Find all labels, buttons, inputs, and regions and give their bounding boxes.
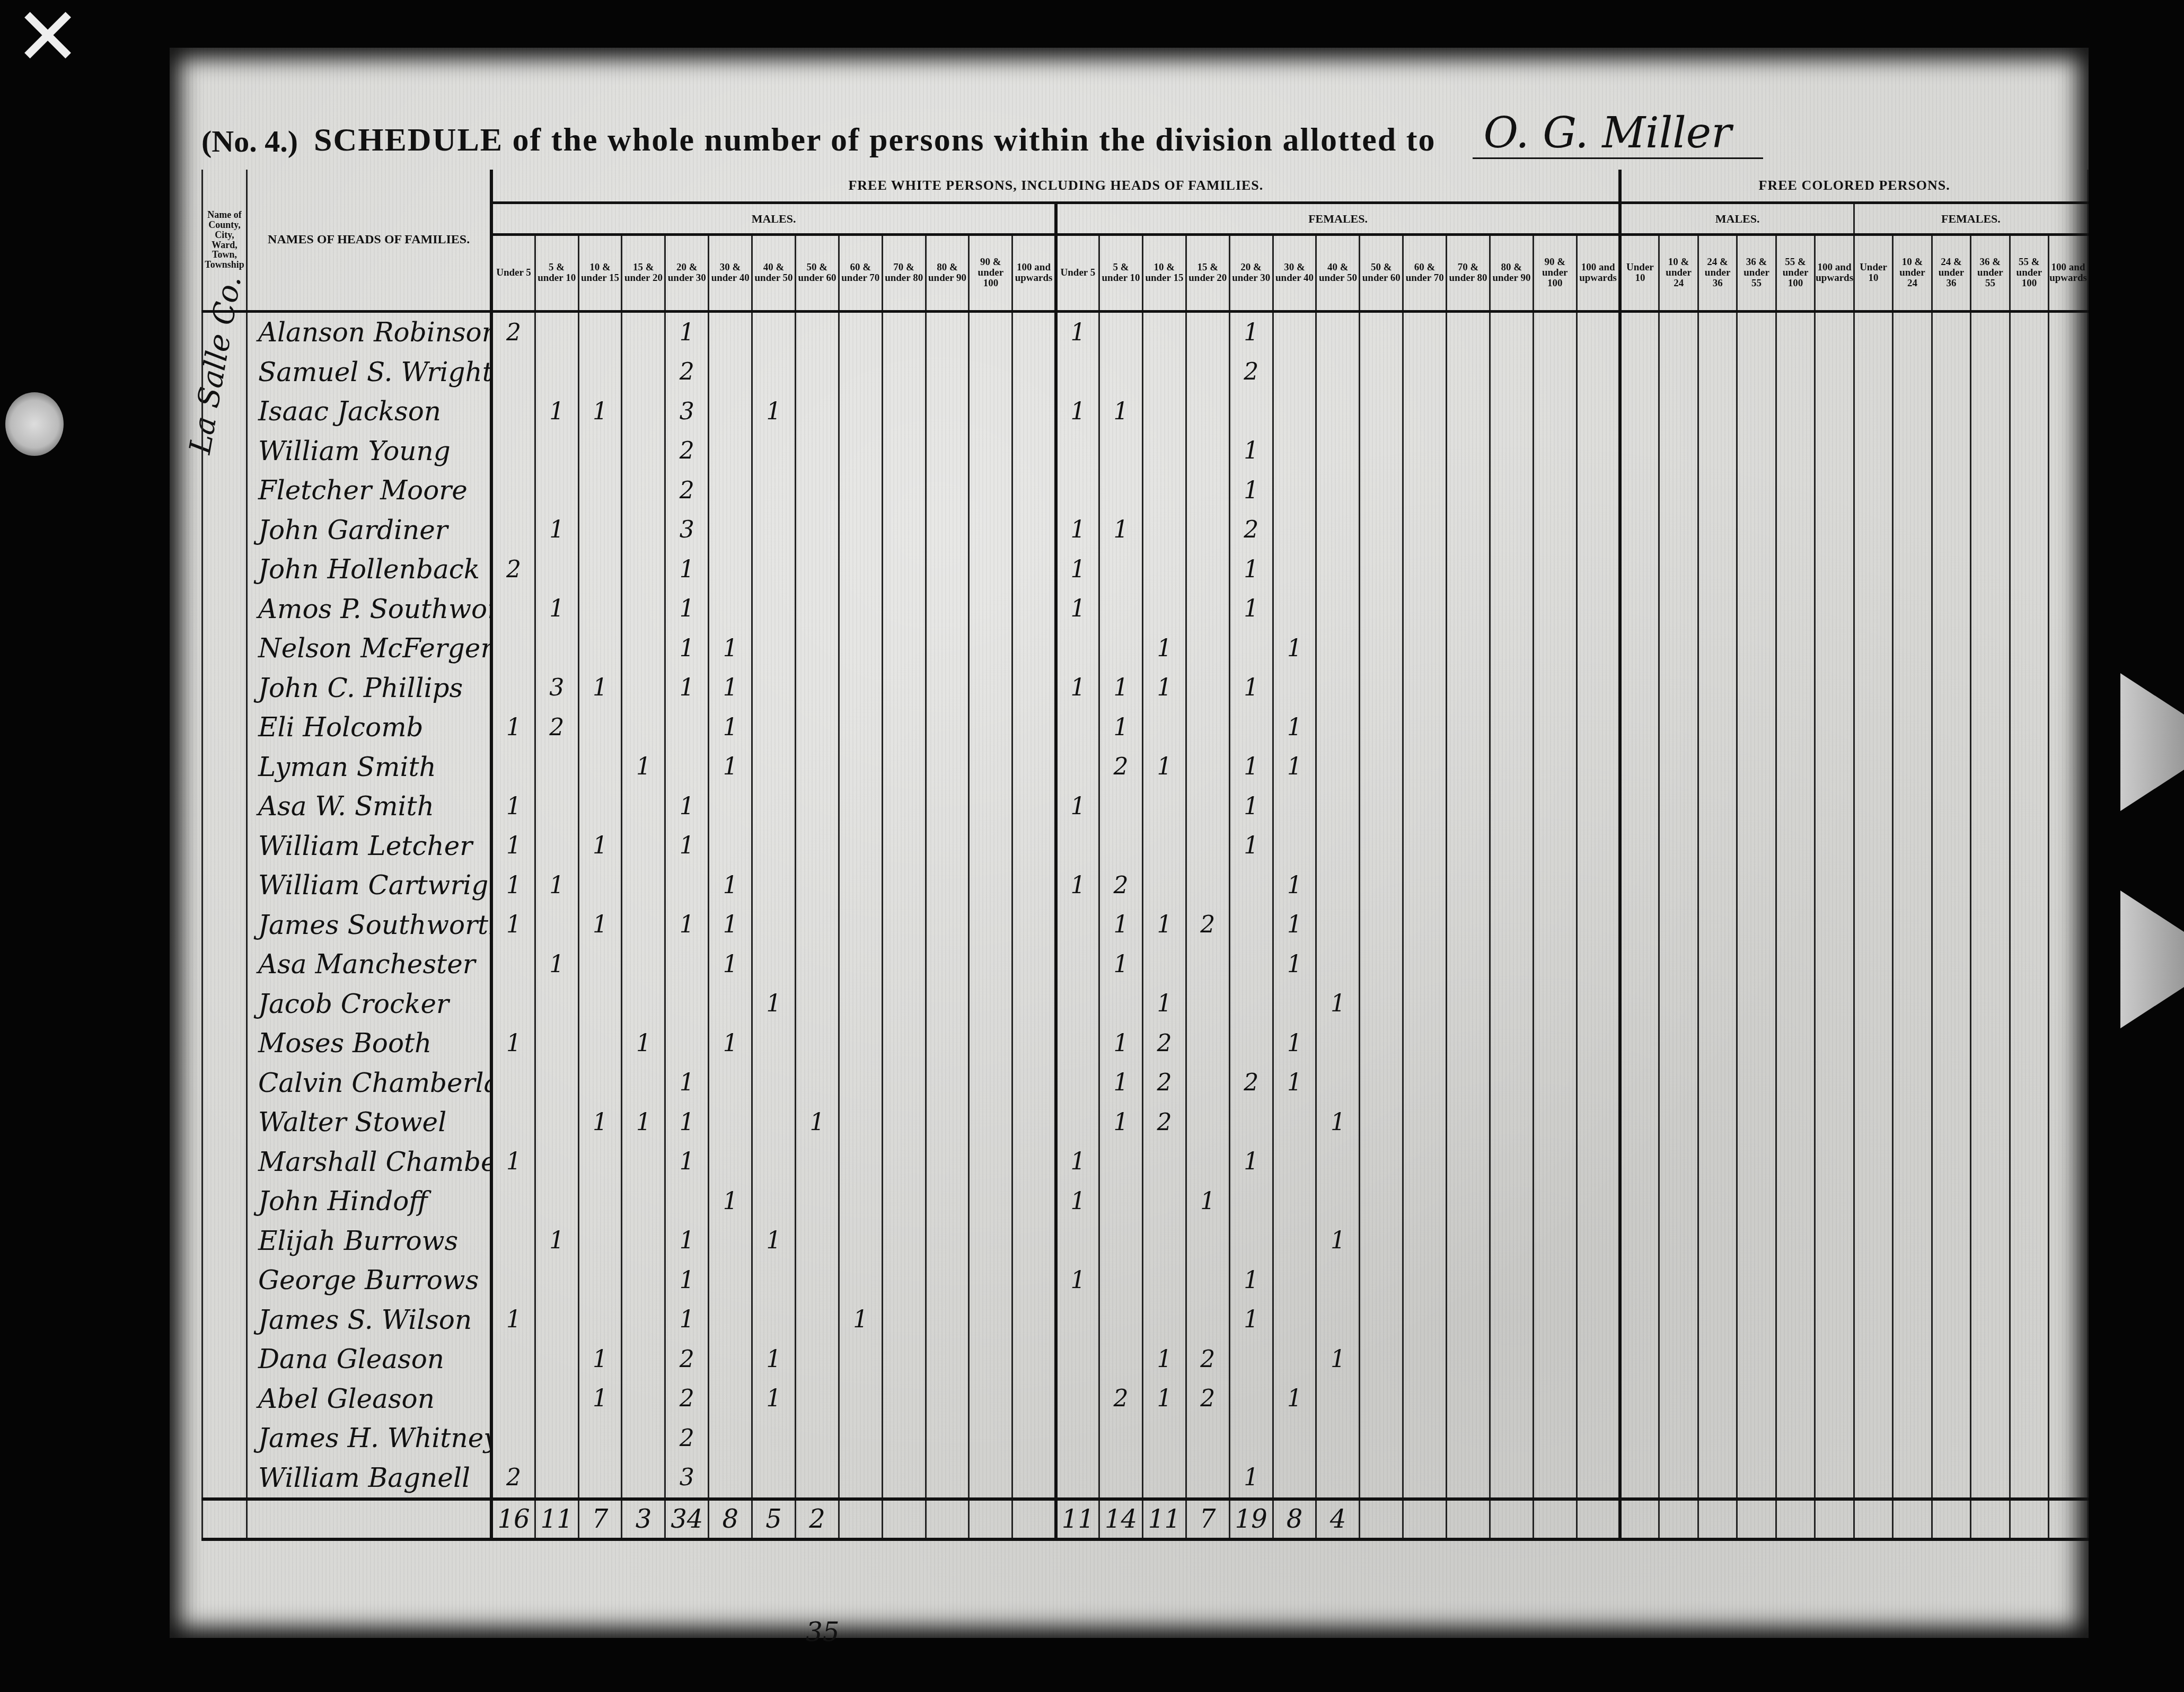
white-male-count bbox=[839, 1261, 882, 1300]
head-of-family-name: Jacob Crocker bbox=[246, 984, 491, 1024]
white-male-count bbox=[491, 1418, 535, 1458]
white-male-count bbox=[926, 1418, 969, 1458]
total-white-males: 34 bbox=[665, 1499, 709, 1539]
white-male-count bbox=[535, 550, 578, 589]
white-male-count bbox=[795, 510, 839, 550]
white-male-count bbox=[795, 668, 839, 708]
white-female-count: 2 bbox=[1186, 1379, 1229, 1419]
white-female-count bbox=[1490, 1300, 1533, 1340]
white-male-count bbox=[882, 1300, 926, 1340]
colored-count bbox=[1932, 1182, 1970, 1221]
county-cell bbox=[202, 1261, 247, 1300]
white-female-count bbox=[1186, 1458, 1229, 1500]
white-male-count bbox=[926, 392, 969, 431]
white-male-count bbox=[795, 905, 839, 945]
white-male-count bbox=[578, 312, 622, 352]
colored-count bbox=[1659, 984, 1698, 1024]
colored-count bbox=[1815, 550, 1854, 589]
colored-count bbox=[1971, 866, 2010, 905]
white-female-count: 1 bbox=[1056, 1261, 1099, 1300]
white-male-count bbox=[795, 1142, 839, 1182]
white-male-count bbox=[578, 984, 622, 1024]
colored-count bbox=[1971, 1458, 2010, 1500]
white-male-count bbox=[709, 1261, 752, 1300]
white-female-count bbox=[1403, 945, 1447, 984]
white-female-count bbox=[1056, 708, 1099, 747]
white-male-count bbox=[795, 1339, 839, 1379]
white-female-count bbox=[1142, 945, 1186, 984]
white-female-count: 1 bbox=[1056, 1142, 1099, 1182]
total-white-females bbox=[1533, 1499, 1577, 1539]
colored-count bbox=[1620, 1418, 1659, 1458]
colored-count bbox=[1620, 1261, 1659, 1300]
household-row: Elijah Burrows1111 bbox=[202, 1221, 2088, 1261]
colored-count bbox=[1854, 1300, 1892, 1340]
white-male-count bbox=[969, 510, 1012, 550]
white-male-count bbox=[969, 471, 1012, 510]
white-female-count bbox=[1186, 392, 1229, 431]
colored-age-column-header: 100 and upwards bbox=[2049, 235, 2088, 312]
white-female-count bbox=[1229, 1024, 1273, 1063]
white-male-count bbox=[752, 945, 796, 984]
county-cell bbox=[202, 1458, 247, 1500]
white-female-count bbox=[1229, 708, 1273, 747]
white-female-count bbox=[1099, 589, 1143, 629]
white-male-count bbox=[752, 905, 796, 945]
white-female-count bbox=[1360, 1418, 1403, 1458]
white-female-count bbox=[1490, 629, 1533, 668]
colored-count bbox=[2049, 1221, 2088, 1261]
county-cell bbox=[202, 510, 247, 550]
colored-count bbox=[1776, 352, 1815, 392]
white-female-count bbox=[1490, 1063, 1533, 1103]
total-white-females: 7 bbox=[1186, 1499, 1229, 1539]
white-female-count bbox=[1403, 668, 1447, 708]
white-female-count bbox=[1056, 352, 1099, 392]
white-female-count bbox=[1142, 392, 1186, 431]
white-female-count bbox=[1490, 1221, 1533, 1261]
white-female-count bbox=[1403, 747, 1447, 787]
white-male-count bbox=[491, 1063, 535, 1103]
white-female-count: 2 bbox=[1229, 1063, 1273, 1103]
colored-count bbox=[1737, 1063, 1776, 1103]
total-colored bbox=[1971, 1499, 2010, 1539]
white-male-count bbox=[882, 471, 926, 510]
colored-count bbox=[1893, 1221, 1932, 1261]
white-male-count: 1 bbox=[491, 1300, 535, 1340]
white-male-count bbox=[839, 1458, 882, 1500]
colored-count bbox=[1893, 510, 1932, 550]
white-male-count bbox=[709, 1221, 752, 1261]
white-male-count: 1 bbox=[752, 984, 796, 1024]
white-female-count bbox=[1403, 826, 1447, 866]
white-female-count: 1 bbox=[1229, 589, 1273, 629]
white-male-count: 1 bbox=[665, 1063, 709, 1103]
white-female-count bbox=[1360, 747, 1403, 787]
white-male-count bbox=[882, 1379, 926, 1419]
white-female-count bbox=[1447, 1063, 1490, 1103]
white-male-count bbox=[795, 984, 839, 1024]
total-colored bbox=[1698, 1499, 1737, 1539]
colored-count bbox=[1971, 1221, 2010, 1261]
total-white-males: 2 bbox=[795, 1499, 839, 1539]
white-female-count: 1 bbox=[1229, 1261, 1273, 1300]
colored-count bbox=[1620, 629, 1659, 668]
colored-count bbox=[1971, 1182, 2010, 1221]
white-female-count bbox=[1099, 1261, 1143, 1300]
white-female-count bbox=[1490, 1458, 1533, 1500]
white-female-count bbox=[1447, 1300, 1490, 1340]
colored-age-column-header: 10 & under 24 bbox=[1659, 235, 1698, 312]
county-cell bbox=[202, 1103, 247, 1142]
head-of-family-name: Dana Gleason bbox=[246, 1339, 491, 1379]
white-male-count bbox=[839, 984, 882, 1024]
white-female-count bbox=[1360, 945, 1403, 984]
white-female-count bbox=[1533, 1261, 1577, 1300]
white-male-count bbox=[1012, 471, 1056, 510]
colored-count bbox=[2049, 1103, 2088, 1142]
age-column-header: 60 & under 70 bbox=[1403, 235, 1447, 312]
county-cell bbox=[202, 589, 247, 629]
white-female-count bbox=[1360, 550, 1403, 589]
age-column-header: 70 & under 80 bbox=[1447, 235, 1490, 312]
white-male-count: 2 bbox=[491, 312, 535, 352]
white-female-count bbox=[1142, 866, 1186, 905]
white-male-count bbox=[882, 668, 926, 708]
colored-count bbox=[1815, 629, 1854, 668]
head-of-family-name: Walter Stowel bbox=[246, 1103, 491, 1142]
white-female-count bbox=[1403, 905, 1447, 945]
colored-count bbox=[1620, 866, 1659, 905]
white-male-count: 2 bbox=[491, 550, 535, 589]
age-column-header: 40 & under 50 bbox=[1316, 235, 1360, 312]
white-male-count bbox=[578, 708, 622, 747]
white-male-count bbox=[535, 1458, 578, 1500]
white-male-count bbox=[709, 471, 752, 510]
white-female-count bbox=[1577, 471, 1620, 510]
total-colored bbox=[1620, 1499, 1659, 1539]
white-female-count bbox=[1533, 1418, 1577, 1458]
white-female-count bbox=[1403, 629, 1447, 668]
white-male-count bbox=[926, 550, 969, 589]
white-female-count bbox=[1403, 1458, 1447, 1500]
white-male-count bbox=[535, 629, 578, 668]
white-male-count bbox=[969, 826, 1012, 866]
white-female-count bbox=[1056, 629, 1099, 668]
white-female-count bbox=[1403, 471, 1447, 510]
head-of-family-name: Isaac Jackson bbox=[246, 392, 491, 431]
white-male-count bbox=[795, 826, 839, 866]
white-male-count bbox=[1012, 1103, 1056, 1142]
white-female-count bbox=[1316, 1063, 1360, 1103]
colored-count bbox=[2049, 1379, 2088, 1419]
white-male-count bbox=[535, 787, 578, 826]
white-male-count bbox=[882, 826, 926, 866]
white-female-count bbox=[1490, 1142, 1533, 1182]
colored-count bbox=[1932, 668, 1970, 708]
white-female-count bbox=[1229, 1339, 1273, 1379]
white-male-count: 1 bbox=[535, 1221, 578, 1261]
white-male-count bbox=[839, 1142, 882, 1182]
colored-count bbox=[2049, 1458, 2088, 1500]
white-female-count bbox=[1142, 826, 1186, 866]
white-female-count bbox=[1360, 1379, 1403, 1419]
colored-count bbox=[1932, 1418, 1970, 1458]
white-male-count bbox=[752, 708, 796, 747]
colored-count bbox=[1893, 708, 1932, 747]
total-white-males: 3 bbox=[622, 1499, 665, 1539]
white-female-count: 1 bbox=[1056, 787, 1099, 826]
white-male-count bbox=[926, 352, 969, 392]
white-male-count bbox=[578, 1063, 622, 1103]
colored-count bbox=[1815, 866, 1854, 905]
colored-count bbox=[2010, 708, 2048, 747]
colored-count bbox=[1659, 1418, 1698, 1458]
white-male-count bbox=[622, 905, 665, 945]
household-row: Lyman Smith112111 bbox=[202, 747, 2088, 787]
colored-count bbox=[1932, 1063, 1970, 1103]
punch-hole-icon bbox=[5, 392, 64, 456]
colored-count bbox=[1737, 510, 1776, 550]
white-male-count bbox=[926, 510, 969, 550]
colored-count bbox=[2049, 312, 2088, 352]
colored-count bbox=[1620, 984, 1659, 1024]
colored-count bbox=[1971, 1379, 2010, 1419]
white-male-count: 1 bbox=[491, 1024, 535, 1063]
white-female-count bbox=[1056, 984, 1099, 1024]
white-female-count bbox=[1099, 352, 1143, 392]
white-male-count bbox=[709, 352, 752, 392]
white-female-count bbox=[1403, 1339, 1447, 1379]
white-female-count bbox=[1273, 392, 1316, 431]
white-male-count bbox=[839, 1182, 882, 1221]
colored-count bbox=[2049, 1300, 2088, 1340]
white-male-count bbox=[926, 1221, 969, 1261]
white-female-count bbox=[1186, 787, 1229, 826]
colored-count bbox=[1620, 787, 1659, 826]
white-male-count: 3 bbox=[665, 510, 709, 550]
white-male-count bbox=[535, 1024, 578, 1063]
white-female-count bbox=[1316, 747, 1360, 787]
colored-count bbox=[1893, 787, 1932, 826]
household-row: Dana Gleason121121 bbox=[202, 1339, 2088, 1379]
white-female-count bbox=[1490, 984, 1533, 1024]
white-female-count: 1 bbox=[1142, 984, 1186, 1024]
white-male-count: 1 bbox=[491, 787, 535, 826]
white-female-count: 1 bbox=[1056, 1182, 1099, 1221]
white-female-count: 1 bbox=[1056, 668, 1099, 708]
white-male-count bbox=[969, 629, 1012, 668]
white-female-count bbox=[1099, 1142, 1143, 1182]
white-male-count bbox=[969, 1261, 1012, 1300]
colored-count bbox=[1698, 392, 1737, 431]
white-female-count bbox=[1099, 312, 1143, 352]
colored-count bbox=[2010, 510, 2048, 550]
colored-count bbox=[1698, 945, 1737, 984]
white-male-count bbox=[535, 747, 578, 787]
colored-count bbox=[1893, 668, 1932, 708]
colored-count bbox=[1698, 1142, 1737, 1182]
county-cell bbox=[202, 1418, 247, 1458]
white-female-count bbox=[1447, 1379, 1490, 1419]
white-male-count bbox=[839, 312, 882, 352]
colored-count bbox=[1659, 945, 1698, 984]
total-white-females: 11 bbox=[1142, 1499, 1186, 1539]
white-female-count bbox=[1186, 708, 1229, 747]
white-male-count bbox=[1012, 352, 1056, 392]
white-female-count bbox=[1577, 1379, 1620, 1419]
white-female-count bbox=[1273, 984, 1316, 1024]
white-male-count bbox=[882, 708, 926, 747]
white-female-count bbox=[1577, 1063, 1620, 1103]
household-row: Abel Gleason1212121 bbox=[202, 1379, 2088, 1419]
white-male-count: 1 bbox=[665, 1261, 709, 1300]
white-female-count bbox=[1273, 312, 1316, 352]
white-female-count bbox=[1273, 589, 1316, 629]
colored-count bbox=[1932, 866, 1970, 905]
colored-count bbox=[1932, 1103, 1970, 1142]
white-female-count bbox=[1186, 1063, 1229, 1103]
total-colored bbox=[2049, 1499, 2088, 1539]
colored-count bbox=[1893, 1339, 1932, 1379]
free-colored-persons-header: FREE COLORED PERSONS. bbox=[1620, 170, 2088, 203]
white-female-count bbox=[1533, 1063, 1577, 1103]
head-of-family-name: Marshall Chamberlin bbox=[246, 1142, 491, 1182]
white-male-count: 1 bbox=[752, 1339, 796, 1379]
colored-count bbox=[1698, 352, 1737, 392]
colored-count bbox=[1737, 1221, 1776, 1261]
white-female-count: 1 bbox=[1099, 1063, 1143, 1103]
white-female-count bbox=[1186, 1300, 1229, 1340]
white-female-count: 1 bbox=[1099, 510, 1143, 550]
white-male-count bbox=[839, 747, 882, 787]
white-male-count bbox=[839, 1221, 882, 1261]
white-male-count bbox=[969, 589, 1012, 629]
colored-count bbox=[1776, 1379, 1815, 1419]
white-female-count bbox=[1099, 787, 1143, 826]
colored-count bbox=[1932, 747, 1970, 787]
white-female-count bbox=[1533, 1182, 1577, 1221]
white-male-count bbox=[709, 1300, 752, 1340]
colored-count bbox=[1893, 589, 1932, 629]
white-male-count bbox=[795, 1458, 839, 1500]
colored-count bbox=[1737, 589, 1776, 629]
white-female-count: 2 bbox=[1099, 747, 1143, 787]
colored-count bbox=[1932, 352, 1970, 392]
white-male-count bbox=[839, 787, 882, 826]
white-female-count: 1 bbox=[1099, 905, 1143, 945]
colored-count bbox=[1698, 550, 1737, 589]
white-female-count bbox=[1403, 312, 1447, 352]
white-male-count bbox=[752, 550, 796, 589]
white-male-count: 2 bbox=[665, 431, 709, 471]
white-male-count bbox=[969, 392, 1012, 431]
white-female-count bbox=[1447, 392, 1490, 431]
colored-count bbox=[1932, 945, 1970, 984]
white-male-count bbox=[709, 431, 752, 471]
colored-count bbox=[1620, 550, 1659, 589]
age-column-header: 20 & under 30 bbox=[1229, 235, 1273, 312]
white-female-count bbox=[1316, 629, 1360, 668]
white-female-count bbox=[1099, 1221, 1143, 1261]
colored-count bbox=[2049, 1182, 2088, 1221]
age-column-header: 60 & under 70 bbox=[839, 235, 882, 312]
white-female-count: 1 bbox=[1316, 984, 1360, 1024]
white-female-count bbox=[1099, 1458, 1143, 1500]
white-male-count bbox=[839, 1103, 882, 1142]
colored-count bbox=[1815, 708, 1854, 747]
colored-count bbox=[1854, 787, 1892, 826]
county-cell bbox=[202, 471, 247, 510]
white-female-count bbox=[1142, 352, 1186, 392]
white-female-count bbox=[1577, 1418, 1620, 1458]
colored-count bbox=[1893, 550, 1932, 589]
white-female-count bbox=[1360, 1024, 1403, 1063]
head-of-family-name: Asa Manchester bbox=[246, 945, 491, 984]
white-male-count: 1 bbox=[709, 866, 752, 905]
colored-count bbox=[1854, 1103, 1892, 1142]
white-male-count bbox=[578, 1024, 622, 1063]
colored-count bbox=[1893, 905, 1932, 945]
white-male-count bbox=[795, 629, 839, 668]
white-male-count bbox=[752, 1142, 796, 1182]
colored-count bbox=[1932, 1379, 1970, 1419]
white-female-count bbox=[1099, 1339, 1143, 1379]
colored-males-header: MALES. bbox=[1620, 203, 1854, 235]
white-male-count: 1 bbox=[709, 668, 752, 708]
white-male-count bbox=[926, 945, 969, 984]
white-female-count: 1 bbox=[1229, 747, 1273, 787]
white-female-count bbox=[1533, 1458, 1577, 1500]
white-female-count bbox=[1403, 1063, 1447, 1103]
county-cell bbox=[202, 1221, 247, 1261]
white-male-count bbox=[882, 589, 926, 629]
white-female-count bbox=[1490, 1182, 1533, 1221]
white-female-count bbox=[1186, 471, 1229, 510]
white-male-count: 1 bbox=[622, 1024, 665, 1063]
colored-count bbox=[2010, 1379, 2048, 1419]
age-column-header: 30 & under 40 bbox=[709, 235, 752, 312]
white-male-count: 1 bbox=[535, 945, 578, 984]
white-male-count bbox=[491, 1339, 535, 1379]
white-female-count bbox=[1447, 945, 1490, 984]
white-male-count bbox=[839, 431, 882, 471]
white-male-count: 1 bbox=[665, 589, 709, 629]
white-female-count bbox=[1316, 1261, 1360, 1300]
colored-count bbox=[1854, 866, 1892, 905]
white-male-count bbox=[491, 589, 535, 629]
colored-count bbox=[1737, 471, 1776, 510]
white-male-count: 1 bbox=[665, 312, 709, 352]
white-male-count: 2 bbox=[665, 352, 709, 392]
white-male-count bbox=[926, 866, 969, 905]
white-male-count bbox=[491, 945, 535, 984]
white-female-count bbox=[1490, 471, 1533, 510]
white-female-count bbox=[1533, 471, 1577, 510]
colored-count bbox=[1815, 945, 1854, 984]
white-male-count bbox=[969, 312, 1012, 352]
colored-count bbox=[1698, 668, 1737, 708]
colored-count bbox=[2049, 668, 2088, 708]
colored-count bbox=[1698, 905, 1737, 945]
white-female-count bbox=[1447, 1339, 1490, 1379]
white-female-count bbox=[1533, 392, 1577, 431]
colored-count bbox=[2010, 352, 2048, 392]
white-female-count bbox=[1142, 708, 1186, 747]
white-male-count bbox=[752, 1300, 796, 1340]
white-female-count bbox=[1447, 905, 1490, 945]
colored-age-column-header: 55 & under 100 bbox=[1776, 235, 1815, 312]
